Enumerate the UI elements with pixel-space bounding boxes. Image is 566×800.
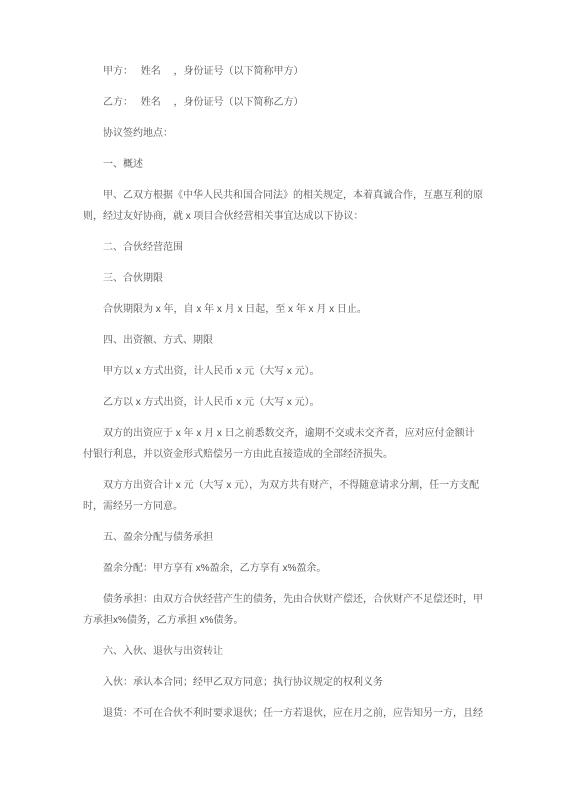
section-1-heading: 一、概述 xyxy=(83,154,483,175)
section-6-body-2: 退货：不可在合伙不利时要求退伙；任一方若退伙，应在月之前，应告知另一方，且经 xyxy=(83,703,483,724)
document-page: 甲方： 姓名 ，身份证号（以下简称甲方） 乙方： 姓名 ，身份证号（以下简称乙方… xyxy=(0,0,566,800)
section-5-heading: 五、盈余分配与债务承担 xyxy=(83,527,483,548)
party-b-line: 乙方： 姓名 ，身份证号（以下简称乙方） xyxy=(83,92,483,113)
section-4-body-1: 甲方以 x 方式出资，计人民币 x 元（大写 x 元）。 xyxy=(83,361,483,382)
section-5-body-1: 盈余分配：甲方享有 x%盈余，乙方享有 x%盈余。 xyxy=(83,558,483,579)
section-1-body: 甲、乙双方根据《中华人民共和国合同法》的相关规定，本着真诚合作，互惠互利的原则，… xyxy=(83,185,483,227)
section-2-heading: 二、合伙经营范围 xyxy=(83,237,483,258)
agreement-body: 甲方： 姓名 ，身份证号（以下简称甲方） 乙方： 姓名 ，身份证号（以下简称乙方… xyxy=(0,0,566,724)
signing-location: 协议签约地点： xyxy=(83,123,483,144)
section-3-heading: 三、合伙期限 xyxy=(83,268,483,289)
section-4-body-2: 乙方以 x 方式出资，计人民币 x 元（大写 x 元）。 xyxy=(83,392,483,413)
section-6-heading: 六、入伙、退伙与出资转让 xyxy=(83,641,483,662)
section-4-heading: 四、出资额、方式、期限 xyxy=(83,330,483,351)
section-4-body-4: 双方方出资合计 x 元（大写 x 元），为双方共有财产，不得随意请求分割，任一方… xyxy=(83,475,483,517)
section-5-body-2: 债务承担：由双方合伙经营产生的债务，先由合伙财产偿还，合伙财产不足偿还时，甲方承… xyxy=(83,589,483,631)
section-3-body: 合伙期限为 x 年，自 x 年 x 月 x 日起，至 x 年 x 月 x 日止。 xyxy=(83,299,483,320)
party-a-line: 甲方： 姓名 ，身份证号（以下简称甲方） xyxy=(83,61,483,82)
section-4-body-3: 双方的出资应于 x 年 x 月 x 日之前悉数交齐，逾期不交或未交齐者，应对应付… xyxy=(83,423,483,465)
section-6-body-1: 入伙：承认本合同；经甲乙双方同意；执行协议规定的权利义务 xyxy=(83,672,483,693)
